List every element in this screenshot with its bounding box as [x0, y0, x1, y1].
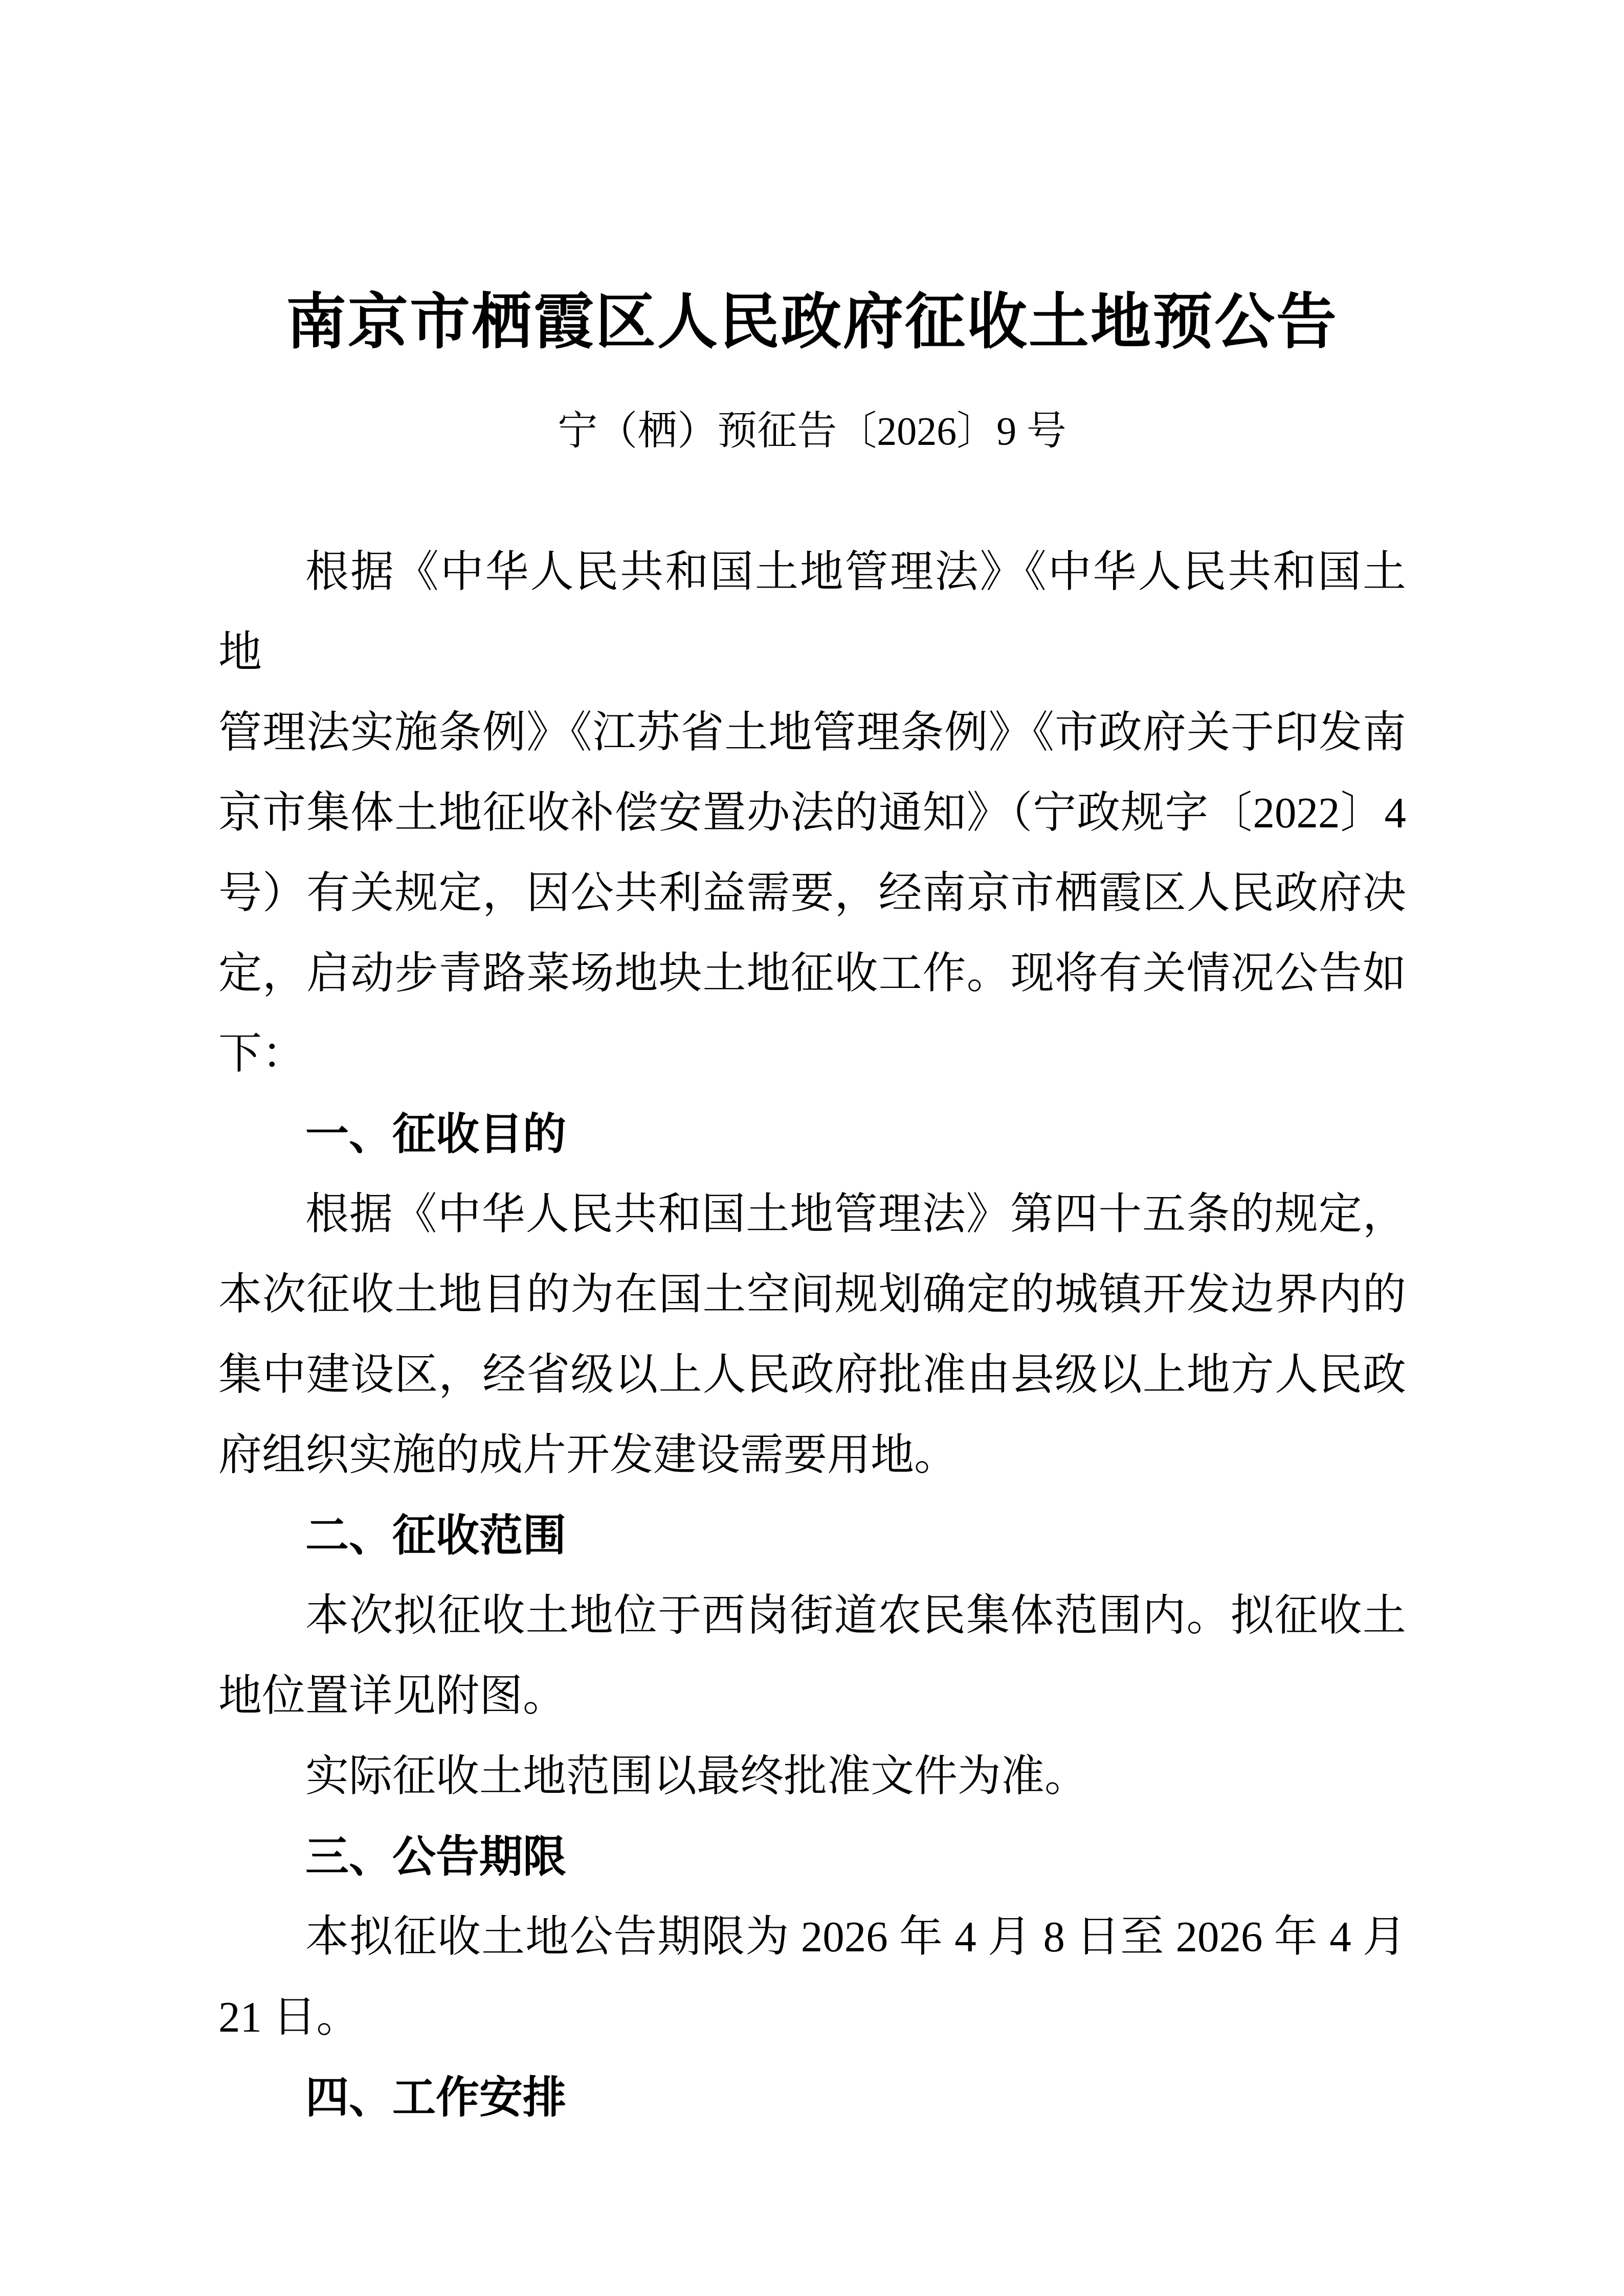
text-line: 集中建设区，经省级以上人民政府批准由县级以上地方人民政 [218, 1335, 1406, 1415]
paragraph: 根据《中华人民共和国土地管理法》《中华人民共和国土地管理法实施条例》《江苏省土地… [218, 532, 1406, 1094]
text-line: 管理法实施条例》《江苏省土地管理条例》《市政府关于印发南 [218, 693, 1406, 773]
paragraph: 实际征收土地范围以最终批准文件为准。 [218, 1737, 1406, 1817]
text-line: 京市集体土地征收补偿安置办法的通知》（宁政规字〔2022〕4 [218, 773, 1406, 853]
text-line: 号）有关规定，因公共利益需要，经南京市栖霞区人民政府决 [218, 853, 1406, 934]
section-heading: 二、征收范围 [218, 1496, 1406, 1576]
section-heading: 一、征收目的 [218, 1094, 1406, 1175]
paragraph: 根据《中华人民共和国土地管理法》第四十五条的规定，本次征收土地目的为在国土空间规… [218, 1175, 1406, 1496]
text-line: 本拟征收土地公告期限为 2026 年 4 月 8 日至 2026 年 4 月 [218, 1897, 1406, 1977]
text-line: 根据《中华人民共和国土地管理法》第四十五条的规定， [218, 1175, 1406, 1255]
section-heading: 四、工作安排 [218, 2058, 1406, 2138]
paragraph: 本次拟征收土地位于西岗街道农民集体范围内。拟征收土地位置详见附图。 [218, 1576, 1406, 1737]
text-line: 下： [218, 1014, 1406, 1094]
text-line: 根据《中华人民共和国土地管理法》《中华人民共和国土地 [218, 532, 1406, 693]
text-line: 本次拟征收土地位于西岗街道农民集体范围内。拟征收土 [218, 1576, 1406, 1656]
paragraph: 本拟征收土地公告期限为 2026 年 4 月 8 日至 2026 年 4 月21… [218, 1897, 1406, 2058]
section-heading: 三、公告期限 [218, 1817, 1406, 1897]
text-line: 本次征收土地目的为在国土空间规划确定的城镇开发边界内的 [218, 1255, 1406, 1335]
text-line: 实际征收土地范围以最终批准文件为准。 [218, 1737, 1406, 1817]
text-line: 21 日。 [218, 1977, 1406, 2058]
heading-line: 三、公告期限 [218, 1817, 1406, 1897]
document-title: 南京市栖霞区人民政府征收土地预公告 [0, 284, 1624, 361]
heading-line: 四、工作安排 [218, 2058, 1406, 2138]
document-body: 根据《中华人民共和国土地管理法》《中华人民共和国土地管理法实施条例》《江苏省土地… [218, 532, 1406, 2138]
document-number: 宁（栖）预征告〔2026〕9 号 [0, 407, 1624, 455]
text-line: 定，启动步青路菜场地块土地征收工作。现将有关情况公告如 [218, 934, 1406, 1014]
heading-line: 一、征收目的 [218, 1094, 1406, 1175]
document-page: 南京市栖霞区人民政府征收土地预公告 宁（栖）预征告〔2026〕9 号 根据《中华… [0, 0, 1624, 2296]
text-line: 府组织实施的成片开发建设需要用地。 [218, 1415, 1406, 1496]
heading-line: 二、征收范围 [218, 1496, 1406, 1576]
text-line: 地位置详见附图。 [218, 1656, 1406, 1737]
